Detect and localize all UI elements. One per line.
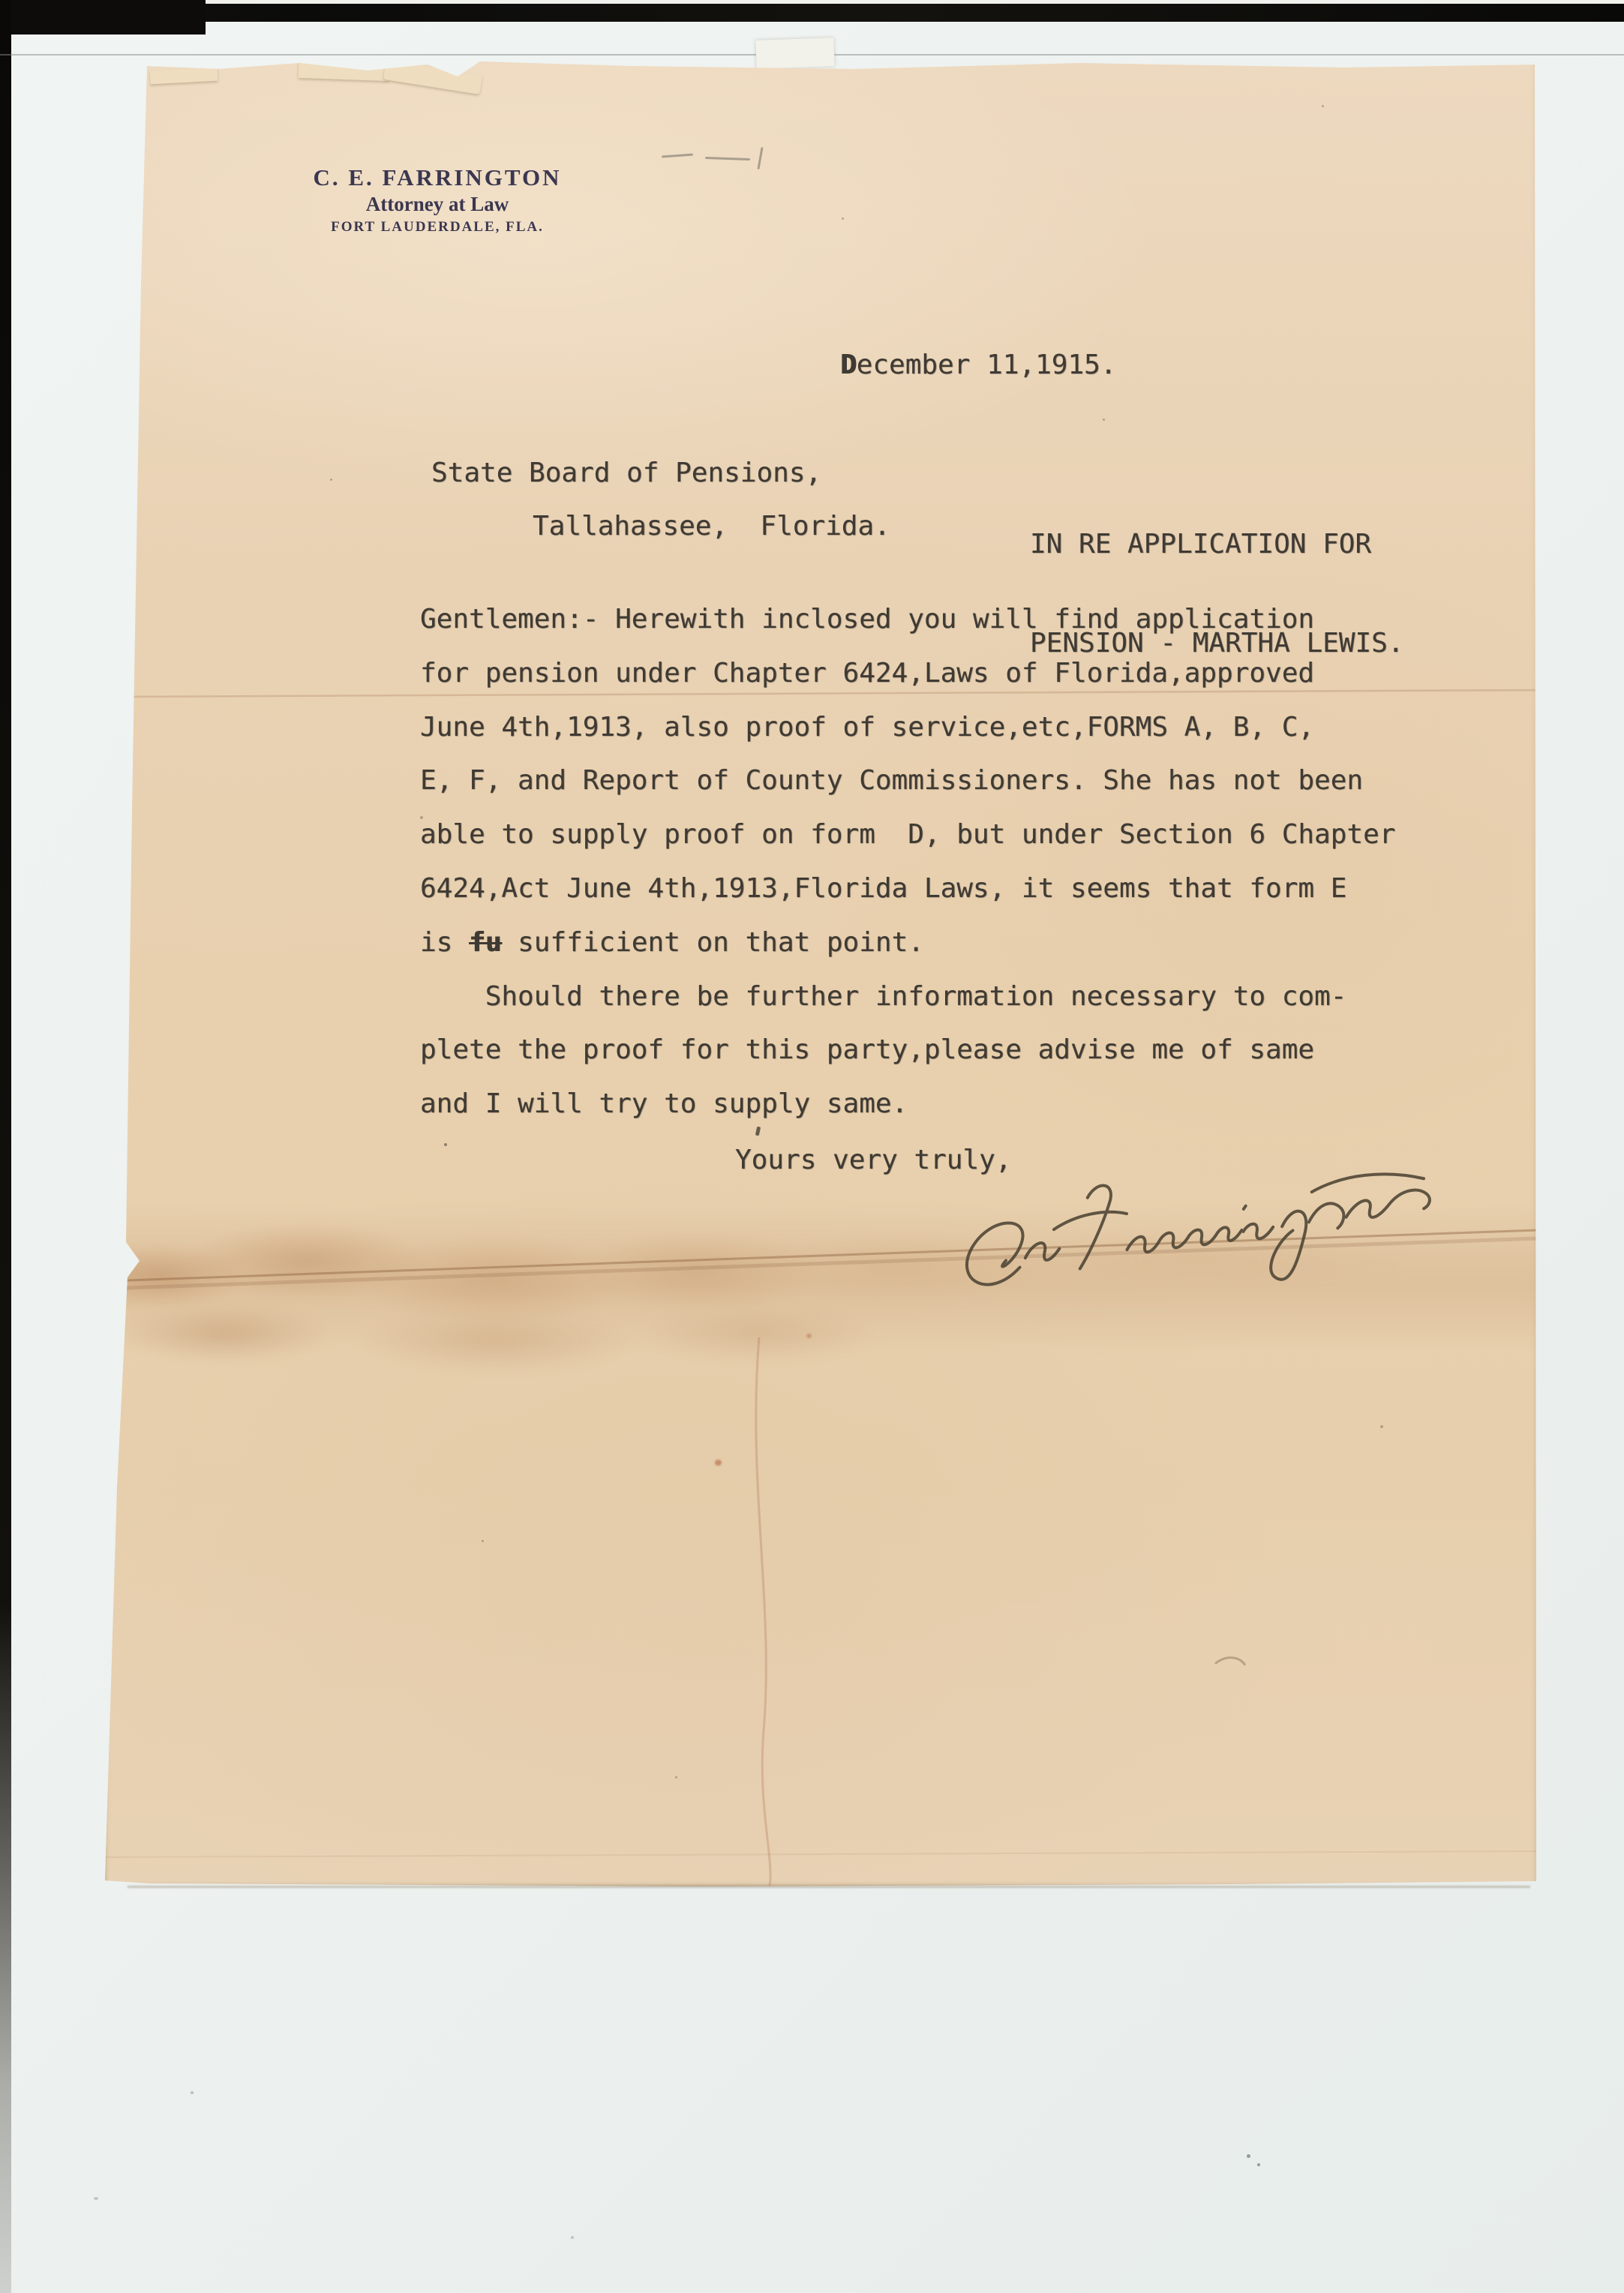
paper-edge-shadow: [128, 1886, 1530, 1888]
scanned-letter-page: C. E. FARRINGTON Attorney at Law FORT LA…: [0, 0, 1624, 2293]
letter-body: Gentlemen:- Herewith inclosed you will f…: [420, 593, 1395, 1131]
date-line: December 11,1915.: [840, 350, 1116, 380]
foxing-speck: [1322, 105, 1324, 107]
scan-edge-left-strip: [0, 0, 11, 2293]
foxing-speck: [482, 1540, 484, 1542]
scan-edge-top-band: [0, 4, 1624, 22]
letterhead-title: Attorney at Law: [266, 192, 608, 217]
letterhead-name: C. E. FARRINGTON: [266, 164, 608, 192]
foxing-speck: [1380, 1425, 1383, 1428]
body-line: Should there be further information nece…: [420, 970, 1395, 1024]
scan-edge-corner-block: [0, 0, 206, 35]
closing-salutation: Yours very truly,: [735, 1145, 1011, 1175]
stray-ink-dot: [444, 1143, 447, 1146]
torn-paper-tab: [755, 38, 834, 69]
background-speck: [571, 2236, 574, 2239]
body-line: able to supply proof on form D, but unde…: [420, 808, 1395, 862]
foxing-speck: [1103, 419, 1105, 421]
body-line: Gentlemen:- Herewith inclosed you will f…: [420, 593, 1395, 647]
recipient-line-1: State Board of Pensions,: [431, 458, 821, 488]
rust-spot: [806, 1334, 812, 1338]
background-speck: [191, 2091, 194, 2094]
rust-spot: [715, 1460, 722, 1466]
body-line: June 4th,1913, also proof of service,etc…: [420, 701, 1395, 755]
background-speck: [1247, 2154, 1250, 2158]
body-line: and I will try to supply same.: [420, 1077, 1395, 1131]
body-line: plete the proof for this party,please ad…: [420, 1023, 1395, 1077]
signature-ink-strokes: [926, 1149, 1444, 1333]
body-line: for pension under Chapter 6424,Laws of F…: [420, 647, 1395, 701]
letter-paper-sheet: C. E. FARRINGTON Attorney at Law FORT LA…: [105, 59, 1538, 1886]
recipient-line-2: Tallahassee, Florida.: [533, 511, 890, 542]
background-speck: [94, 2197, 98, 2200]
body-line: 6424,Act June 4th,1913,Florida Laws, it …: [420, 862, 1395, 916]
body-line: is fu sufficient on that point.: [420, 916, 1395, 970]
foxing-speck: [330, 479, 332, 481]
foxing-speck: [675, 1776, 677, 1778]
re-subject-line-1: IN RE APPLICATION FOR: [1030, 528, 1404, 561]
overstruck-word: fu: [469, 927, 501, 958]
letterhead-location: FORT LAUDERDALE, FLA.: [266, 217, 608, 237]
signature-handwriting: [926, 1149, 1444, 1333]
foxing-speck: [842, 218, 844, 220]
letterhead: C. E. FARRINGTON Attorney at Law FORT LA…: [266, 164, 608, 237]
background-speck: [1257, 2163, 1260, 2166]
body-line: E, F, and Report of County Commissioners…: [420, 754, 1395, 808]
